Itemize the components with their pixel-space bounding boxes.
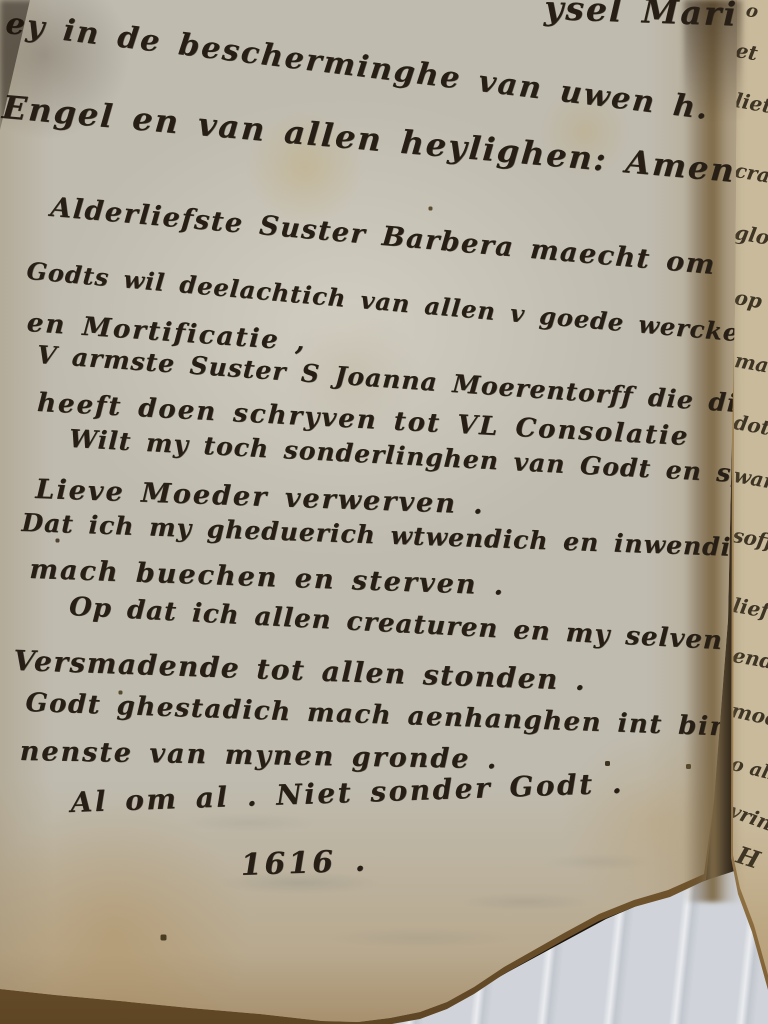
handwritten-text-block: ysel Maria ey in de bescherminghe van uw… xyxy=(0,0,768,1024)
year-inscription: 1616 . xyxy=(240,844,369,883)
handwritten-line: Versmadende tot allen stonden . xyxy=(13,644,587,697)
handwritten-line: Godt ghestadich mach aenhanghen int bin … xyxy=(25,688,756,743)
handwritten-line: ysel Maria xyxy=(544,0,762,35)
handwritten-line: Op dat ich allen creaturen en my selven xyxy=(68,592,723,656)
manuscript-photo: o et liet crac glor op d mac dott war so… xyxy=(0,0,768,1024)
handwritten-line: nenste van mynen gronde . xyxy=(19,736,498,775)
handwritten-line: Al om al . Niet sonder Godt . xyxy=(70,767,625,819)
side-fragment: o xyxy=(744,0,759,23)
